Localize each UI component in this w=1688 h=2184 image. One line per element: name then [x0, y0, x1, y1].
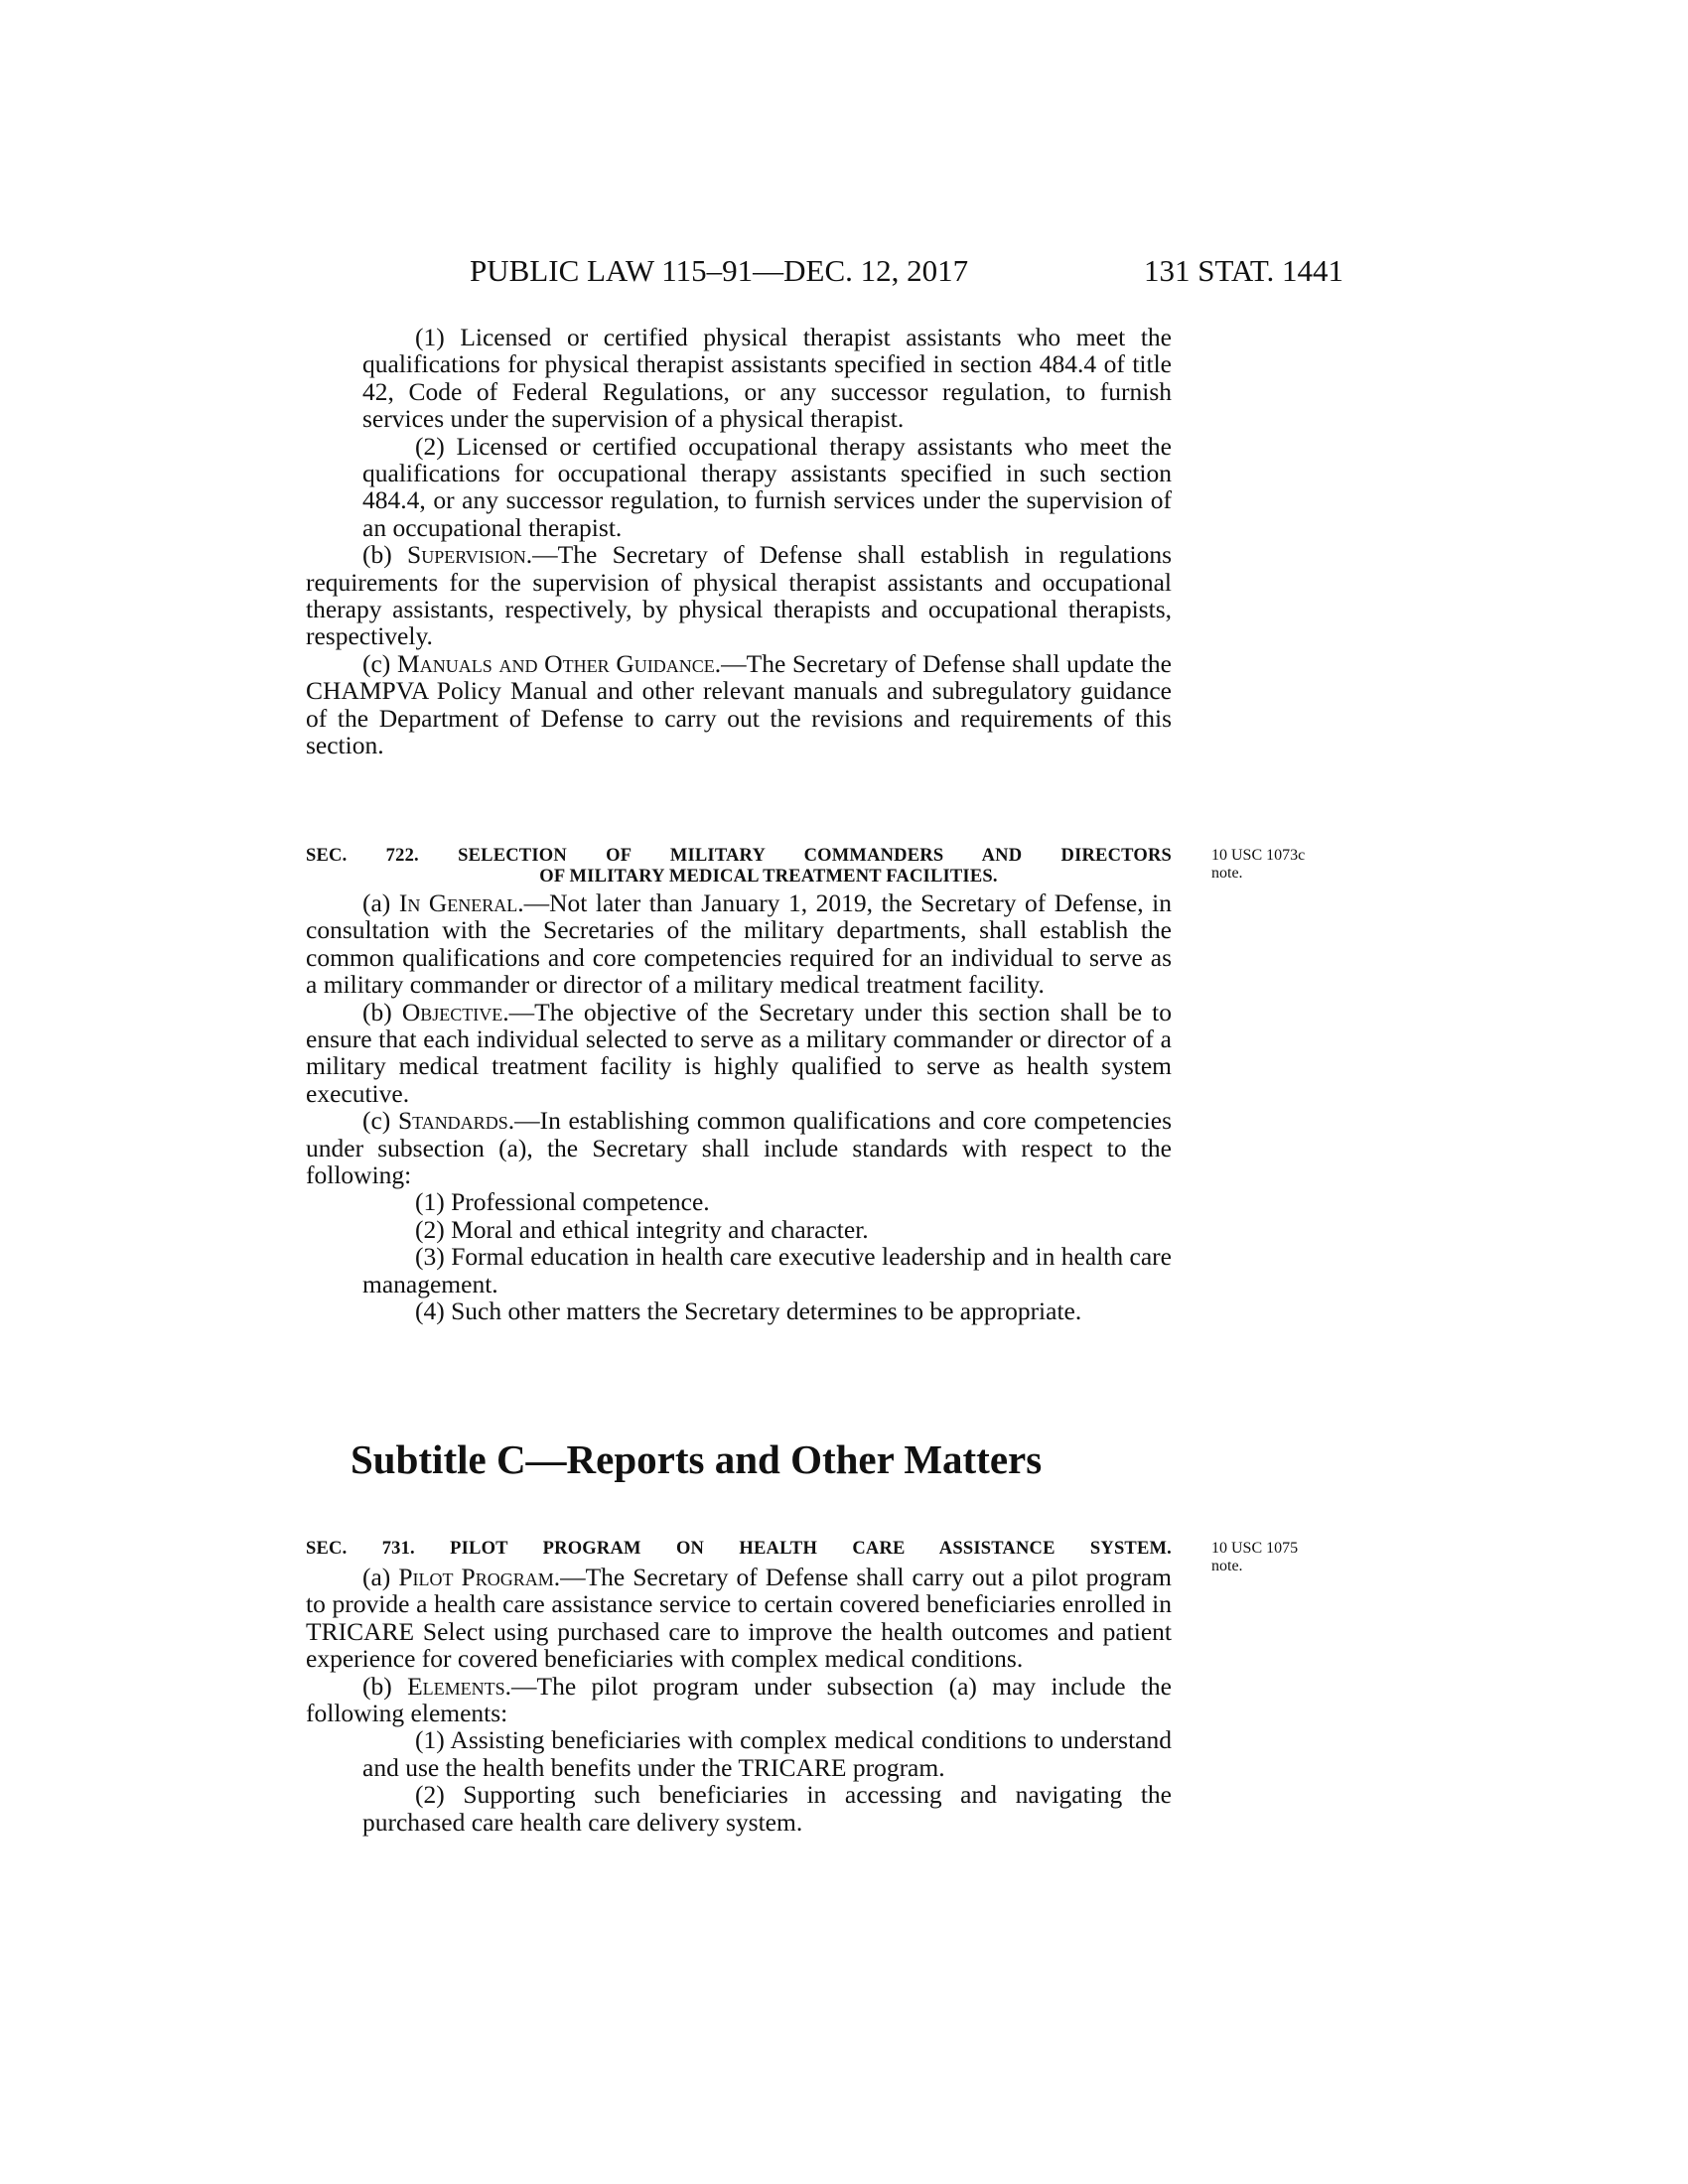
document-page: PUBLIC LAW 115–91—DEC. 12, 2017 131 STAT… [0, 0, 1688, 2184]
running-head: PUBLIC LAW 115–91—DEC. 12, 2017 131 STAT… [470, 254, 1343, 288]
subsection-c-manuals: (c) Manuals and Other Guidance.—The Secr… [306, 650, 1172, 759]
standards-item: (1) Professional competence. [306, 1188, 1172, 1215]
margin-note-sec-722: 10 USC 1073c note. [1211, 847, 1370, 883]
subsection-b-objective: (b) Objective.—The objective of the Secr… [306, 999, 1172, 1108]
elements-item: (1) Assisting beneficiaries with complex… [306, 1726, 1172, 1781]
section-722-body: (a) In General.—Not later than January 1… [306, 889, 1172, 1325]
subsection-heading: Pilot Program [398, 1563, 553, 1591]
section-heading-line-2: OF MILITARY MEDICAL TREATMENT FACILITIES… [306, 867, 1172, 887]
subtitle-heading: Subtitle C—Reports and Other Matters [351, 1435, 1042, 1483]
subsection-a-in-general: (a) In General.—Not later than January 1… [306, 889, 1172, 999]
standards-item: (4) Such other matters the Secretary det… [306, 1297, 1172, 1324]
subsection-heading: In General [399, 888, 517, 917]
continued-section-body: (1) Licensed or certified physical thera… [306, 324, 1172, 759]
subsection-b-elements: (b) Elements.—The pilot program under su… [306, 1673, 1172, 1727]
section-722-heading: SEC. 722. SELECTION OF MILITARY COMMANDE… [306, 846, 1172, 887]
standards-item: (3) Formal education in health care exec… [306, 1243, 1172, 1297]
elements-item: (2) Supporting such beneficiaries in acc… [306, 1781, 1172, 1836]
standards-item: (2) Moral and ethical integrity and char… [306, 1216, 1172, 1243]
subsection-heading: Manuals and Other Guidance [397, 649, 715, 678]
subsection-a-pilot-program: (a) Pilot Program.—The Secretary of Defe… [306, 1564, 1172, 1673]
paragraph-2: (2) Licensed or certified occupational t… [306, 433, 1172, 542]
subsection-b-supervision: (b) Supervision.—The Secretary of Defens… [306, 541, 1172, 650]
paragraph-1: (1) Licensed or certified physical thera… [306, 324, 1172, 433]
subsection-heading: Objective [402, 998, 502, 1026]
subsection-heading: Standards [398, 1106, 508, 1135]
section-heading-line-1: SEC. 722. SELECTION OF MILITARY COMMANDE… [306, 846, 1172, 867]
subsection-heading: Supervision [407, 540, 526, 569]
subsection-c-standards: (c) Standards.—In establishing common qu… [306, 1107, 1172, 1188]
statute-page-number: 131 STAT. 1441 [1144, 254, 1343, 288]
section-731-heading: SEC. 731. PILOT PROGRAM ON HEALTH CARE A… [306, 1539, 1172, 1560]
public-law-citation: PUBLIC LAW 115–91—DEC. 12, 2017 [470, 254, 968, 288]
margin-note-sec-731: 10 USC 1075 note. [1211, 1540, 1370, 1575]
subsection-heading: Elements [407, 1672, 505, 1701]
section-heading-line-1: SEC. 731. PILOT PROGRAM ON HEALTH CARE A… [306, 1539, 1172, 1560]
section-731-body: (a) Pilot Program.—The Secretary of Defe… [306, 1564, 1172, 1836]
